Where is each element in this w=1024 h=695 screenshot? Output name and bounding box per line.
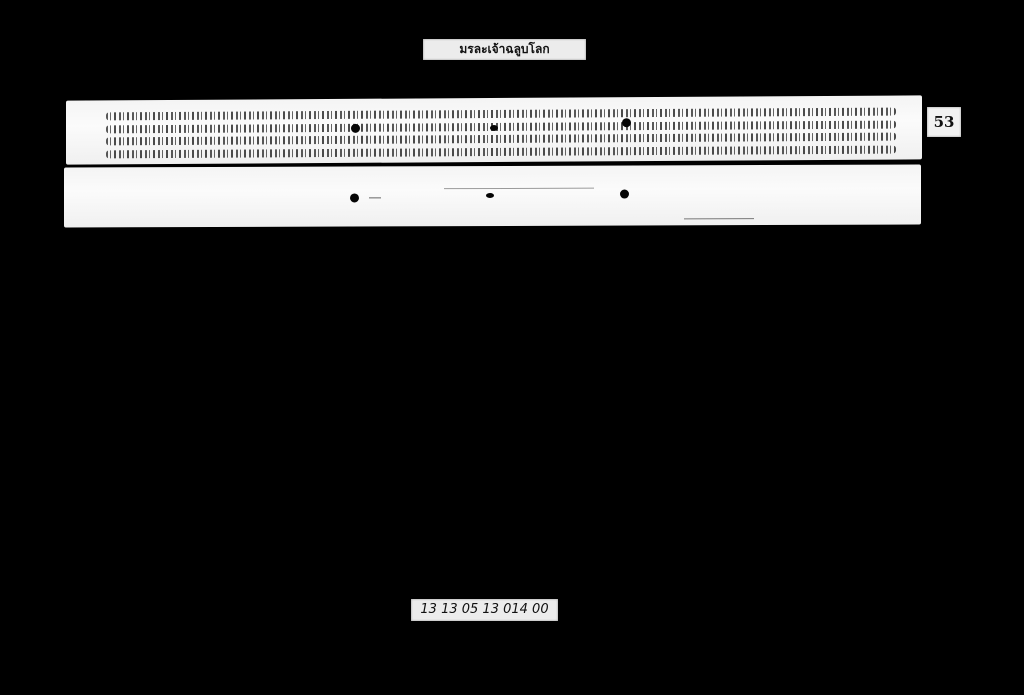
inscribed-palm-leaf: [66, 95, 922, 164]
manuscript-text-block: [106, 106, 896, 159]
catalog-number-label: 13 13 05 13 014 00: [411, 599, 558, 621]
leaf-scratch: [684, 218, 754, 219]
binding-hole-icon: [620, 190, 629, 199]
binding-hole-icon: [490, 125, 498, 131]
binding-hole-icon: [351, 124, 360, 133]
page-number-tag: 53: [927, 107, 961, 137]
manuscript-title-label: มรละเจ้าฉลูบโลก: [423, 39, 586, 60]
leaf-scratch: [369, 197, 381, 198]
blank-palm-leaf: [64, 165, 921, 228]
binding-hole-icon: [350, 193, 359, 202]
leaf-scratch: [444, 188, 594, 190]
binding-hole-icon: [622, 118, 631, 127]
binding-hole-icon: [486, 193, 494, 198]
